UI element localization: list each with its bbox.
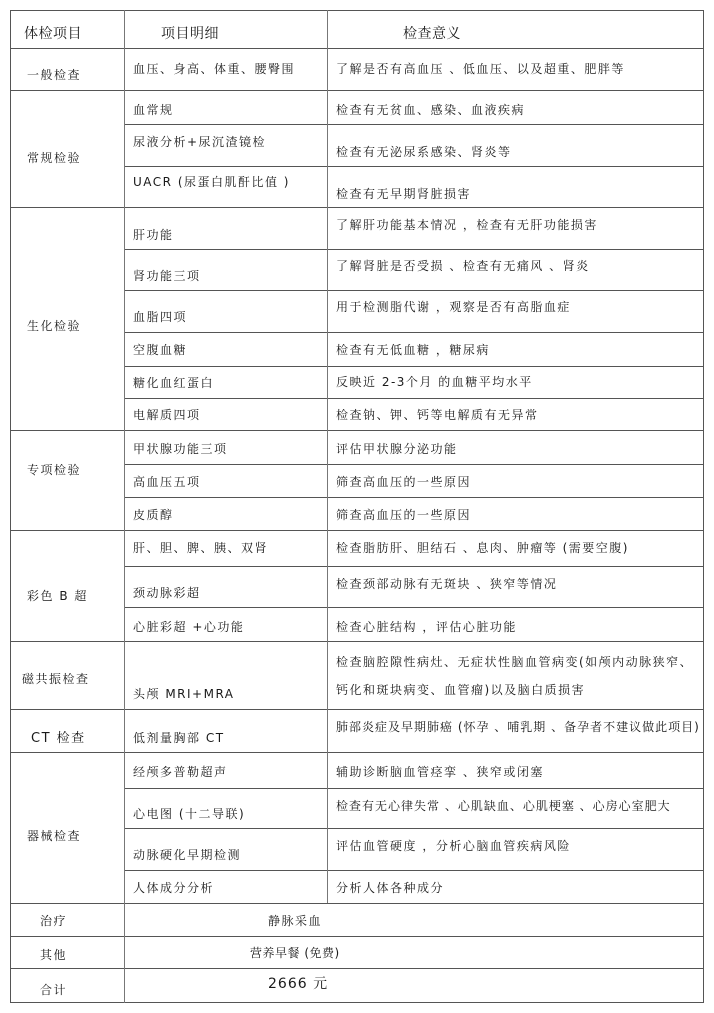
footer-label-total: 合计 — [40, 982, 67, 998]
row-divider — [124, 870, 704, 871]
row-divider — [124, 398, 704, 399]
meaning-cell: 检查有无早期肾脏损害 — [336, 186, 471, 202]
meaning-cell: 检查有无泌尿系感染、肾炎等 — [336, 144, 512, 160]
row-divider — [124, 828, 704, 829]
category-label: 器械检查 — [27, 828, 81, 844]
footer-label-other: 其他 — [40, 947, 67, 963]
row-divider — [10, 903, 704, 904]
item-cell: 经颅多普勒超声 — [133, 764, 228, 780]
item-cell: 糖化血红蛋白 — [133, 375, 214, 391]
item-cell: 血常规 — [133, 102, 174, 118]
header-meaning: 检查意义 — [403, 26, 461, 42]
meaning-cell: 检查有无心律失常 、心肌缺血、心肌梗塞 、心房心室肥大 — [336, 798, 671, 814]
item-cell: 空腹血糖 — [133, 342, 187, 358]
row-divider — [124, 332, 704, 333]
meaning-cell: 检查有无低血糖 ，糖尿病 — [336, 342, 490, 358]
row-divider — [10, 752, 704, 753]
meaning-cell: 评估甲状腺分泌功能 — [336, 441, 458, 457]
item-cell: 低剂量胸部 CT — [133, 730, 225, 746]
meaning-cell: 筛查高血压的一些原因 — [336, 474, 471, 490]
footer-value-treatment: 静脉采血 — [268, 913, 322, 929]
meaning-cell: 了解是否有高血压 、低血压、以及超重、肥胖等 — [336, 61, 625, 77]
row-divider — [10, 48, 704, 49]
meaning-cell: 检查有无贫血、感染、血液疾病 — [336, 102, 525, 118]
footer-value-other: 营养早餐 (免费) — [250, 945, 340, 961]
meaning-cell: 检查心脏结构 ，评估心脏功能 — [336, 619, 517, 635]
meaning-cell: 了解肾脏是否受损 、检查有无痛风 、肾炎 — [336, 258, 590, 274]
category-label: 生化检验 — [27, 318, 81, 334]
row-divider — [124, 290, 704, 291]
footer-label-treatment: 治疗 — [40, 913, 67, 929]
row-divider — [10, 709, 704, 710]
meaning-cell: 分析人体各种成分 — [336, 880, 444, 896]
category-label: 专项检验 — [27, 462, 81, 478]
row-divider — [124, 497, 704, 498]
column-divider — [124, 10, 125, 1003]
item-cell: 动脉硬化早期检测 — [133, 847, 241, 863]
meaning-cell: 肺部炎症及早期肺癌 (怀孕 、哺乳期 、备孕者不建议做此项目) — [336, 719, 700, 735]
footer-value-total: 2666 元 — [268, 976, 328, 992]
meaning-cell: 检查脂肪肝、胆结石 、息肉、肿瘤等 (需要空腹) — [336, 540, 629, 556]
row-divider — [124, 464, 704, 465]
category-label: CT 检查 — [31, 731, 86, 747]
row-divider — [10, 207, 704, 208]
meaning-cell: 检查钠、钾、钙等电解质有无异常 — [336, 407, 539, 423]
column-divider — [327, 10, 328, 903]
item-cell: 颈动脉彩超 — [133, 585, 201, 601]
row-divider — [124, 607, 704, 608]
item-cell: 电解质四项 — [133, 407, 201, 423]
row-divider — [10, 968, 704, 969]
meaning-cell: 检查颈部动脉有无斑块 、狭窄等情况 — [336, 576, 557, 592]
row-divider — [124, 366, 704, 367]
item-cell: UACR (尿蛋白肌酐比值 ) — [133, 174, 290, 190]
header-item: 项目明细 — [161, 26, 219, 42]
category-label: 常规检验 — [27, 150, 81, 166]
item-cell: 心脏彩超 +心功能 — [133, 619, 244, 635]
item-cell: 血脂四项 — [133, 309, 187, 325]
meaning-cell: 反映近 2-3个月 的血糖平均水平 — [336, 374, 533, 390]
category-label: 彩色 B 超 — [27, 588, 88, 604]
item-cell: 人体成分分析 — [133, 880, 214, 896]
item-cell: 血压、身高、体重、腰臀围 — [133, 61, 295, 77]
meaning-cell: 评估血管硬度 ，分析心脑血管疾病风险 — [336, 838, 571, 854]
item-cell: 心电图 (十二导联) — [133, 806, 245, 822]
item-cell: 皮质醇 — [133, 507, 174, 523]
item-cell: 甲状腺功能三项 — [133, 441, 228, 457]
row-divider — [124, 166, 704, 167]
item-cell: 头颅 MRI+MRA — [133, 686, 235, 702]
row-divider — [124, 124, 704, 125]
item-cell: 肝功能 — [133, 227, 174, 243]
item-cell: 高血压五项 — [133, 474, 201, 490]
row-divider — [124, 788, 704, 789]
meaning-cell: 检查脑腔隙性病灶、无症状性脑血管病变(如颅内动脉狭窄、钙化和斑块病变、血管瘤)以… — [336, 648, 696, 704]
row-divider — [10, 936, 704, 937]
header-category: 体检项目 — [24, 26, 82, 42]
meaning-cell: 筛查高血压的一些原因 — [336, 507, 471, 523]
category-label: 磁共振检查 — [22, 671, 90, 687]
item-cell: 尿液分析+尿沉渣镜检 — [133, 134, 266, 150]
row-divider — [10, 530, 704, 531]
item-cell: 肝、胆、脾、胰、双肾 — [133, 540, 268, 556]
row-divider — [10, 90, 704, 91]
meaning-cell: 辅助诊断脑血管痉挛 、狭窄或闭塞 — [336, 764, 544, 780]
row-divider — [124, 566, 704, 567]
meaning-cell: 了解肝功能基本情况 ，检查有无肝功能损害 — [336, 217, 598, 233]
meaning-cell: 用于检测脂代谢 ，观察是否有高脂血症 — [336, 299, 571, 315]
item-cell: 肾功能三项 — [133, 268, 201, 284]
row-divider — [10, 430, 704, 431]
category-label: 一般检查 — [27, 67, 81, 83]
row-divider — [10, 641, 704, 642]
row-divider — [124, 249, 704, 250]
